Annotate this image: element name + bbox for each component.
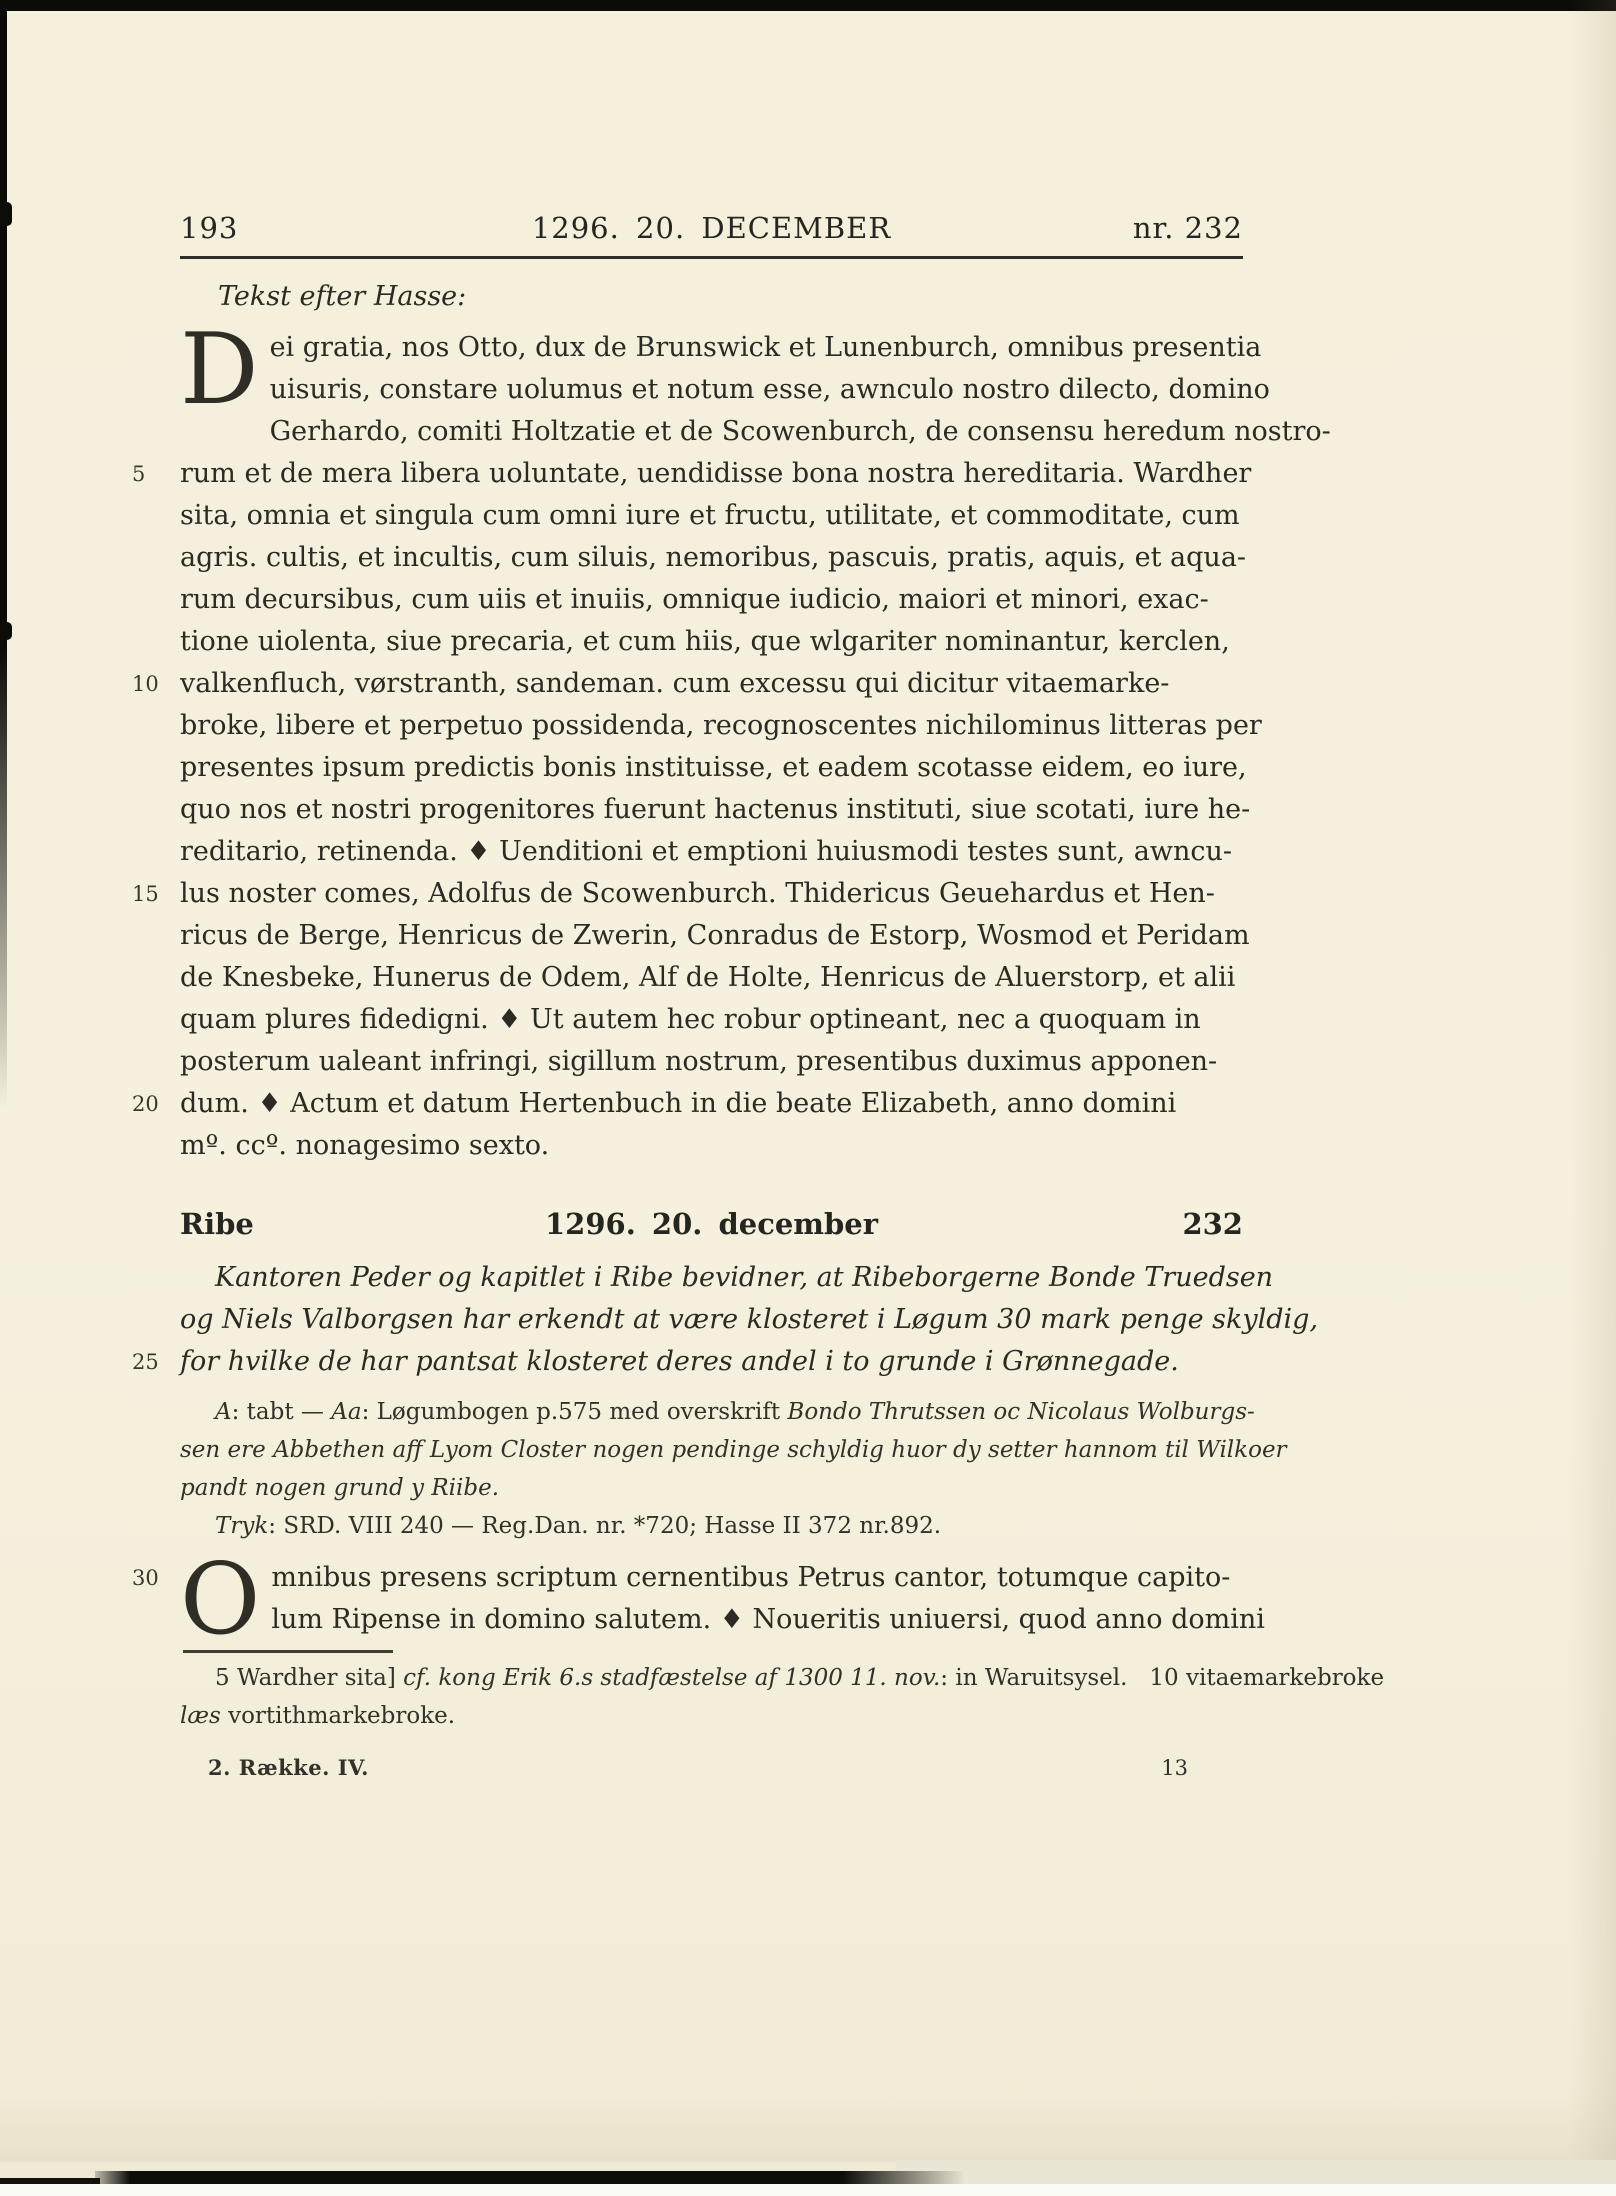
text-segment: agris. cultis, et incultis, cum siluis, …	[180, 542, 1246, 573]
text-line: Gerhardo, comiti Holtzatie et de Scowenb…	[180, 411, 1243, 453]
text-line: 25for hvilke de har pantsat klosteret de…	[180, 1341, 1243, 1383]
series-signature: 2. Række. IV.	[208, 1753, 369, 1783]
text-line: A: tabt — Aa: Løgumbogen p.575 med overs…	[180, 1393, 1243, 1431]
text-segment: lum Ripense in domino salutem. ♦ Nouerit…	[271, 1604, 1265, 1635]
italic-text-segment: cf. kong Erik 6.s stadfæstelse af 1300 1…	[403, 1665, 940, 1691]
text-segment: : in Waruitsysel. 10 vitaemarkebroke	[940, 1665, 1384, 1691]
page-footer: 2. Række. IV. 13	[180, 1753, 1243, 1783]
scan-border-bottom	[95, 2171, 965, 2184]
sheet-number: 13	[1161, 1753, 1188, 1783]
latin-text-lines: ei gratia, nos Otto, dux de Brunswick et…	[180, 327, 1243, 1167]
scan-edge-white	[0, 2184, 1616, 2196]
source-note: Tekst efter Hasse:	[180, 279, 1243, 315]
scan-border-bottom-light	[896, 2160, 1616, 2184]
page-curl-shade	[1568, 0, 1616, 2196]
entry-place: Ribe	[180, 1205, 254, 1243]
text-line: agris. cultis, et incultis, cum siluis, …	[180, 537, 1243, 579]
text-line: uisuris, constare uolumus et notum esse,…	[180, 369, 1243, 411]
page-bottom-shade	[0, 2092, 1616, 2162]
latin-text-entry-231: D ei gratia, nos Otto, dux de Brunswick …	[180, 327, 1243, 1167]
text-segment: : SRD. VIII 240 — Reg.Dan. nr. *720; Has…	[268, 1513, 941, 1539]
latin-text-entry-232: O 30mnibus presens scriptum cernentibus …	[180, 1557, 1243, 1644]
latin-text-lines: 30mnibus presens scriptum cernentibus Pe…	[180, 1557, 1243, 1641]
text-segment: dum. ♦ Actum et datum Hertenbuch in die …	[180, 1088, 1176, 1119]
text-line: rum decursibus, cum uiis et inuiis, omni…	[180, 579, 1243, 621]
scan-border-notch	[0, 202, 12, 226]
text-line: 5rum et de mera libera uoluntate, uendid…	[180, 453, 1243, 495]
italic-text-segment: Tryk	[215, 1513, 268, 1539]
text-line: presentes ipsum predictis bonis institui…	[180, 747, 1243, 789]
margin-line-number: 5	[132, 453, 145, 495]
italic-text-segment: pandt nogen grund y Riibe.	[180, 1475, 499, 1501]
italic-text-segment: læs	[180, 1703, 221, 1729]
header-rule	[180, 256, 1243, 259]
text-segment: de Knesbeke, Hunerus de Odem, Alf de Hol…	[180, 962, 1235, 993]
text-segment: reditario, retinenda. ♦ Uenditioni et em…	[180, 836, 1232, 867]
text-line: Tryk: SRD. VIII 240 — Reg.Dan. nr. *720;…	[180, 1507, 1243, 1545]
text-line: 30mnibus presens scriptum cernentibus Pe…	[180, 1557, 1243, 1599]
text-segment: mnibus presens scriptum cernentibus Petr…	[271, 1562, 1230, 1593]
text-segment: vortithmarkebroke.	[221, 1703, 455, 1729]
text-segment: presentes ipsum predictis bonis institui…	[180, 752, 1247, 783]
text-segment: sita, omnia et singula cum omni iure et …	[180, 500, 1240, 531]
text-segment: : tabt —	[232, 1399, 332, 1425]
page-number: 193	[180, 210, 238, 246]
text-line: ricus de Berge, Henricus de Zwerin, Conr…	[180, 915, 1243, 957]
text-segment: posterum ualeant infringi, sigillum nost…	[180, 1046, 1217, 1077]
text-line: læs vortithmarkebroke.	[180, 1697, 1243, 1735]
entry-date: 1296. 20. december	[545, 1205, 878, 1243]
text-segment: : Løgumbogen p.575 med overskrift	[362, 1399, 788, 1425]
text-line: pandt nogen grund y Riibe.	[180, 1469, 1243, 1507]
text-line: posterum ualeant infringi, sigillum nost…	[180, 1041, 1243, 1083]
scan-border-notch	[0, 622, 12, 640]
text-column: 193 1296. 20. DECEMBER nr. 232 Tekst eft…	[180, 0, 1243, 1783]
italic-text-segment: Bondo Thrutssen oc Nicolaus Wolburgs-	[787, 1399, 1254, 1425]
running-header-date: 1296. 20. DECEMBER	[532, 210, 891, 246]
text-line: quam plures fidedigni. ♦ Ut autem hec ro…	[180, 999, 1243, 1041]
italic-text-segment: og Niels Valborgsen har erkendt at være …	[180, 1304, 1318, 1335]
text-segment: mº. ccº. nonagesimo sexto.	[180, 1130, 549, 1161]
text-line: tione uiolenta, siue precaria, et cum hi…	[180, 621, 1243, 663]
margin-line-number: 20	[132, 1083, 159, 1125]
text-segment: ricus de Berge, Henricus de Zwerin, Conr…	[180, 920, 1250, 951]
text-line: Kantoren Peder og kapitlet i Ribe bevidn…	[180, 1257, 1243, 1299]
entry-number: 232	[1182, 1205, 1243, 1243]
text-line: sita, omnia et singula cum omni iure et …	[180, 495, 1243, 537]
italic-text-segment: Aa	[331, 1399, 361, 1425]
text-line: og Niels Valborgsen har erkendt at være …	[180, 1299, 1243, 1341]
italic-text-segment: for hvilke de har pantsat klosteret dere…	[180, 1346, 1179, 1377]
italic-text-segment: Kantoren Peder og kapitlet i Ribe bevidn…	[215, 1262, 1273, 1293]
text-line: broke, libere et perpetuo possidenda, re…	[180, 705, 1243, 747]
text-line: 5 Wardher sita] cf. kong Erik 6.s stadfæ…	[180, 1659, 1243, 1697]
margin-line-number: 10	[132, 663, 159, 705]
margin-line-number: 15	[132, 873, 159, 915]
danish-summary: Kantoren Peder og kapitlet i Ribe bevidn…	[180, 1257, 1243, 1383]
text-line: reditario, retinenda. ♦ Uenditioni et em…	[180, 831, 1243, 873]
text-segment: uisuris, constare uolumus et notum esse,…	[270, 374, 1270, 405]
text-segment: ei gratia, nos Otto, dux de Brunswick et…	[270, 332, 1262, 363]
text-segment: 5 Wardher sita]	[215, 1665, 403, 1691]
text-segment: Gerhardo, comiti Holtzatie et de Scowenb…	[270, 416, 1331, 447]
text-line: ei gratia, nos Otto, dux de Brunswick et…	[180, 327, 1243, 369]
text-segment: quam plures fidedigni. ♦ Ut autem hec ro…	[180, 1004, 1201, 1035]
text-line: mº. ccº. nonagesimo sexto.	[180, 1125, 1243, 1167]
italic-text-segment: sen ere Abbethen aff Lyom Closter nogen …	[180, 1437, 1287, 1463]
apparatus-note: A: tabt — Aa: Løgumbogen p.575 med overs…	[180, 1393, 1243, 1545]
margin-line-number: 30	[132, 1557, 159, 1599]
running-header-entry-number: nr. 232	[1133, 210, 1243, 246]
text-segment: tione uiolenta, siue precaria, et cum hi…	[180, 626, 1230, 657]
text-line: 15lus noster comes, Adolfus de Scowenbur…	[180, 873, 1243, 915]
text-segment: rum et de mera libera uoluntate, uendidi…	[180, 458, 1251, 489]
margin-line-number: 25	[132, 1341, 159, 1383]
text-line: lum Ripense in domino salutem. ♦ Nouerit…	[180, 1599, 1243, 1641]
text-line: de Knesbeke, Hunerus de Odem, Alf de Hol…	[180, 957, 1243, 999]
footnote: 5 Wardher sita] cf. kong Erik 6.s stadfæ…	[180, 1659, 1243, 1735]
scanned-book-page: 193 1296. 20. DECEMBER nr. 232 Tekst eft…	[0, 0, 1616, 2196]
scan-border-left	[0, 11, 7, 1111]
running-header: 193 1296. 20. DECEMBER nr. 232	[180, 210, 1243, 246]
text-segment: valkenfluch, vørstranth, sandeman. cum e…	[180, 668, 1169, 699]
text-line: sen ere Abbethen aff Lyom Closter nogen …	[180, 1431, 1243, 1469]
text-segment: quo nos et nostri progenitores fuerunt h…	[180, 794, 1250, 825]
entry-heading: Ribe 1296. 20. december 232	[180, 1205, 1243, 1243]
text-segment: lus noster comes, Adolfus de Scowenburch…	[180, 878, 1215, 909]
text-line: 10valkenfluch, vørstranth, sandeman. cum…	[180, 663, 1243, 705]
text-line: 20dum. ♦ Actum et datum Hertenbuch in di…	[180, 1083, 1243, 1125]
italic-text-segment: A	[215, 1399, 232, 1425]
text-segment: rum decursibus, cum uiis et inuiis, omni…	[180, 584, 1209, 615]
text-line: quo nos et nostri progenitores fuerunt h…	[180, 789, 1243, 831]
text-segment: broke, libere et perpetuo possidenda, re…	[180, 710, 1262, 741]
